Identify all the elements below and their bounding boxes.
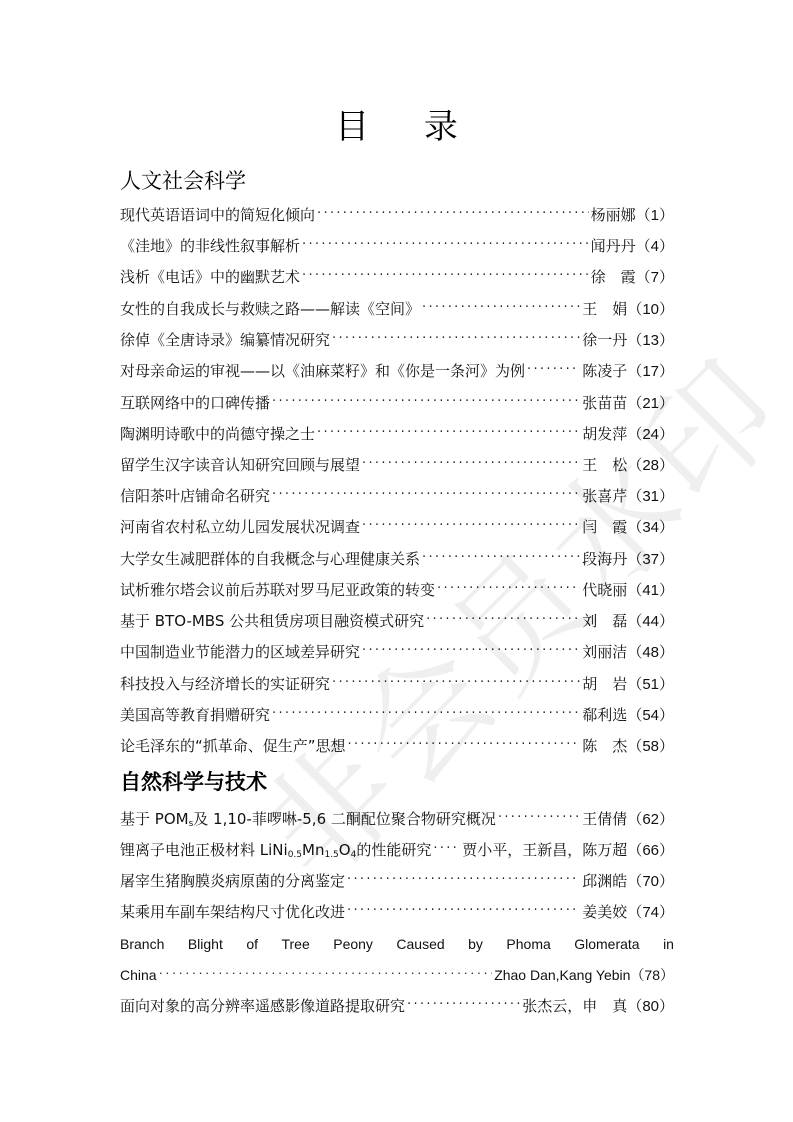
entry-title: 锂离子电池正极材料 LiNi0.5Mn1.5O4的性能研究: [120, 838, 431, 867]
entry-title: 浅析《电话》中的幽默艺术: [120, 265, 300, 289]
entry-author: 邱渊皓: [582, 869, 627, 893]
entry-page: （37）: [627, 548, 674, 572]
entry-title: 女性的自我成长与救赎之路——解读《空间》: [120, 297, 420, 321]
entry-author: 胡发萍: [582, 422, 627, 446]
toc-entry[interactable]: 徐倬《全唐诗录》编纂情况研究徐一丹（13）: [120, 328, 674, 352]
entry-page: （10）: [627, 298, 674, 322]
entry-author: 陈凌子: [582, 359, 627, 383]
leader-dots: [362, 514, 580, 538]
entry-author: 徐一丹: [582, 328, 627, 352]
toc-entry[interactable]: 互联网络中的口碑传播张苗苗（21）: [120, 391, 674, 415]
entry-page: （34）: [627, 516, 674, 540]
leader-dots: [362, 452, 580, 476]
entry-page: （4）: [636, 235, 674, 259]
entry-author: 张苗苗: [582, 391, 627, 415]
entry-author: 张喜芹: [582, 484, 627, 508]
entry-page: （78）: [630, 963, 674, 987]
toc-entry[interactable]: 面向对象的高分辨率遥感影像道路提取研究张杰云，申 真（80）: [120, 994, 674, 1018]
toc-entry[interactable]: 某乘用车副车架结构尺寸优化改进姜美姣（74）: [120, 900, 674, 924]
title-part: 锂离子电池正极材料 LiNi: [120, 841, 288, 859]
entry-author: 闻丹丹: [591, 234, 636, 258]
entry-page: （31）: [627, 485, 674, 509]
entry-title: 《洼地》的非线性叙事解析: [120, 234, 300, 258]
toc-entry[interactable]: 对母亲命运的审视——以《油麻菜籽》和《你是一条河》为例陈凌子（17）: [120, 359, 674, 383]
title-word: Peony: [333, 932, 373, 956]
entry-page: （51）: [627, 673, 674, 697]
entry-page: （41）: [627, 579, 674, 603]
toc-entry[interactable]: 大学女生减肥群体的自我概念与心理健康关系段海丹（37）: [120, 547, 674, 571]
leader-dots: [317, 202, 589, 226]
title-part: 的性能研究: [356, 841, 431, 859]
leader-dots: [272, 390, 580, 414]
entry-author: 胡 岩: [582, 672, 627, 696]
toc-entry[interactable]: 锂离子电池正极材料 LiNi0.5Mn1.5O4的性能研究贾小平，王新昌，陈万超…: [120, 838, 674, 862]
title-part: 及 1,10-菲啰啉-5,6 二酮配位聚合物研究概况: [193, 810, 496, 828]
leader-dots: [362, 639, 580, 663]
toc-entry[interactable]: 基于 BTO-MBS 公共租赁房项目融资模式研究刘 磊（44）: [120, 609, 674, 633]
entry-page: （1）: [636, 204, 674, 228]
toc-entry[interactable]: 女性的自我成长与救赎之路——解读《空间》王 娟（10）: [120, 297, 674, 321]
entry-page: （58）: [627, 735, 674, 759]
entry-title: 徐倬《全唐诗录》编纂情况研究: [120, 328, 330, 352]
title-word: Glomerata: [574, 932, 639, 956]
title-word: of: [246, 932, 258, 956]
entry-title: 对母亲命运的审视——以《油麻菜籽》和《你是一条河》为例: [120, 359, 525, 383]
toc-entry[interactable]: 河南省农村私立幼儿园发展状况调查闫 霞（34）: [120, 515, 674, 539]
entry-page: （24）: [627, 423, 674, 447]
section-heading-humanities: 人文社会科学: [120, 168, 246, 194]
entry-author: 王倩倩: [582, 807, 627, 831]
title-word: by: [468, 932, 483, 956]
toc-entry[interactable]: 留学生汉字读音认知研究回顾与展望王 松（28）: [120, 453, 674, 477]
entry-title: 信阳茶叶店铺命名研究: [120, 484, 270, 508]
entry-author: 代晓丽: [582, 578, 627, 602]
entry-page: （48）: [627, 641, 674, 665]
entry-title: 面向对象的高分辨率遥感影像道路提取研究: [120, 994, 405, 1018]
entry-author: 张杰云，申 真: [522, 994, 627, 1018]
leader-dots: [159, 961, 493, 985]
entry-author: 杨丽娜: [591, 203, 636, 227]
leader-dots: [348, 733, 581, 757]
toc-entry[interactable]: 试析雅尔塔会议前后苏联对罗马尼亚政策的转变代晓丽（41）: [120, 578, 674, 602]
leader-dots: [272, 702, 580, 726]
entry-author: 王 松: [582, 453, 627, 477]
entry-author: 刘丽洁: [582, 640, 627, 664]
leader-dots: [272, 483, 580, 507]
leader-dots: [422, 546, 580, 570]
entry-page: （21）: [627, 392, 674, 416]
toc-entry[interactable]: 论毛泽东的“抓革命、促生产”思想陈 杰（58）: [120, 734, 674, 758]
title-part: Mn: [302, 841, 324, 859]
title-word: Caused: [396, 932, 444, 956]
entry-page: （54）: [627, 704, 674, 728]
entry-author: 刘 磊: [582, 609, 627, 633]
entry-author: 徐 霞: [591, 265, 636, 289]
entry-page: （70）: [627, 870, 674, 894]
entry-author: Zhao Dan,Kang Yebin: [494, 963, 630, 987]
entry-page: （44）: [627, 610, 674, 634]
entry-title: 中国制造业节能潜力的区域差异研究: [120, 640, 360, 664]
entry-page: （62）: [627, 808, 674, 832]
toc-entry[interactable]: 基于 POMs及 1,10-菲啰啉-5,6 二酮配位聚合物研究概况王倩倩（62）: [120, 807, 674, 831]
toc-page: 非会员水印 目 录 人文社会科学 现代英语语词中的简短化倾向杨丽娜（1） 《洼地…: [0, 0, 793, 1122]
entry-page: （28）: [627, 454, 674, 478]
leader-dots: [302, 233, 589, 257]
toc-entry[interactable]: 屠宰生猪胸膜炎病原菌的分离鉴定邱渊皓（70）: [120, 869, 674, 893]
entry-author: 闫 霞: [582, 515, 627, 539]
toc-entry[interactable]: 《洼地》的非线性叙事解析闻丹丹（4）: [120, 234, 674, 258]
entry-title: 现代英语语词中的简短化倾向: [120, 203, 315, 227]
entry-title: 大学女生减肥群体的自我概念与心理健康关系: [120, 547, 420, 571]
entry-title: 留学生汉字读音认知研究回顾与展望: [120, 453, 360, 477]
entry-title: China: [120, 963, 157, 987]
leader-dots: [407, 993, 520, 1017]
leader-dots: [437, 577, 580, 601]
title-part: 基于 POM: [120, 810, 189, 828]
entry-title: 试析雅尔塔会议前后苏联对罗马尼亚政策的转变: [120, 578, 435, 602]
leader-dots: [498, 806, 580, 830]
title-word: Blight: [188, 932, 223, 956]
toc-entry[interactable]: 中国制造业节能潜力的区域差异研究刘丽洁（48）: [120, 640, 674, 664]
entry-title: 基于 BTO-MBS 公共租赁房项目融资模式研究: [120, 609, 424, 633]
entry-author: 郗利选: [582, 703, 627, 727]
toc-entry[interactable]: 浅析《电话》中的幽默艺术徐 霞（7）: [120, 265, 674, 289]
title-subscript: 0.5: [288, 850, 302, 860]
entry-title: 基于 POMs及 1,10-菲啰啉-5,6 二酮配位聚合物研究概况: [120, 807, 496, 836]
entry-page: （17）: [627, 360, 674, 384]
entry-author: 段海丹: [582, 547, 627, 571]
section-heading-natural-science: 自然科学与技术: [120, 769, 267, 795]
entry-title: 河南省农村私立幼儿园发展状况调查: [120, 515, 360, 539]
leader-dots: [302, 264, 589, 288]
leader-dots: [527, 358, 580, 382]
page-title: 目 录: [0, 104, 793, 150]
toc-entry[interactable]: 现代英语语词中的简短化倾向杨丽娜（1）: [120, 203, 674, 227]
entry-title: 科技投入与经济增长的实证研究: [120, 672, 330, 696]
toc-entry[interactable]: 科技投入与经济增长的实证研究胡 岩（51）: [120, 672, 674, 696]
entry-page: （66）: [627, 839, 674, 863]
title-word: in: [663, 932, 674, 956]
leader-dots: [433, 837, 460, 861]
toc-entry-english-line1[interactable]: Branch Blight of Tree Peony Caused by Ph…: [120, 932, 674, 956]
title-subscript: 1.5: [324, 850, 338, 860]
entry-page: （74）: [627, 901, 674, 925]
toc-entry-english-line2[interactable]: ChinaZhao Dan,Kang Yebin（78）: [120, 963, 674, 987]
leader-dots: [347, 899, 580, 923]
leader-dots: [332, 327, 580, 351]
toc-entry[interactable]: 陶渊明诗歌中的尚德守操之士胡发萍（24）: [120, 422, 674, 446]
entry-title: 互联网络中的口碑传播: [120, 391, 270, 415]
entry-page: （13）: [627, 329, 674, 353]
leader-dots: [426, 608, 580, 632]
entry-author: 贾小平，王新昌，陈万超: [462, 838, 627, 862]
title-word: Tree: [281, 932, 309, 956]
entry-page: （80）: [627, 995, 674, 1019]
toc-entry[interactable]: 信阳茶叶店铺命名研究张喜芹（31）: [120, 484, 674, 508]
leader-dots: [332, 671, 580, 695]
toc-entry[interactable]: 美国高等教育捐赠研究郗利选（54）: [120, 703, 674, 727]
entry-title: 美国高等教育捐赠研究: [120, 703, 270, 727]
entry-title: 某乘用车副车架结构尺寸优化改进: [120, 900, 345, 924]
entry-author: 姜美姣: [582, 900, 627, 924]
entry-title: 论毛泽东的“抓革命、促生产”思想: [120, 734, 346, 758]
leader-dots: [422, 296, 580, 320]
entry-author: 王 娟: [582, 297, 627, 321]
title-word: Phoma: [506, 932, 550, 956]
title-word: Branch: [120, 932, 164, 956]
entry-title: 陶渊明诗歌中的尚德守操之士: [120, 422, 315, 446]
entry-page: （7）: [636, 266, 674, 290]
entry-title: 屠宰生猪胸膜炎病原菌的分离鉴定: [120, 869, 345, 893]
leader-dots: [317, 421, 580, 445]
leader-dots: [347, 868, 580, 892]
entry-author: 陈 杰: [582, 734, 627, 758]
title-part: O: [339, 841, 351, 859]
